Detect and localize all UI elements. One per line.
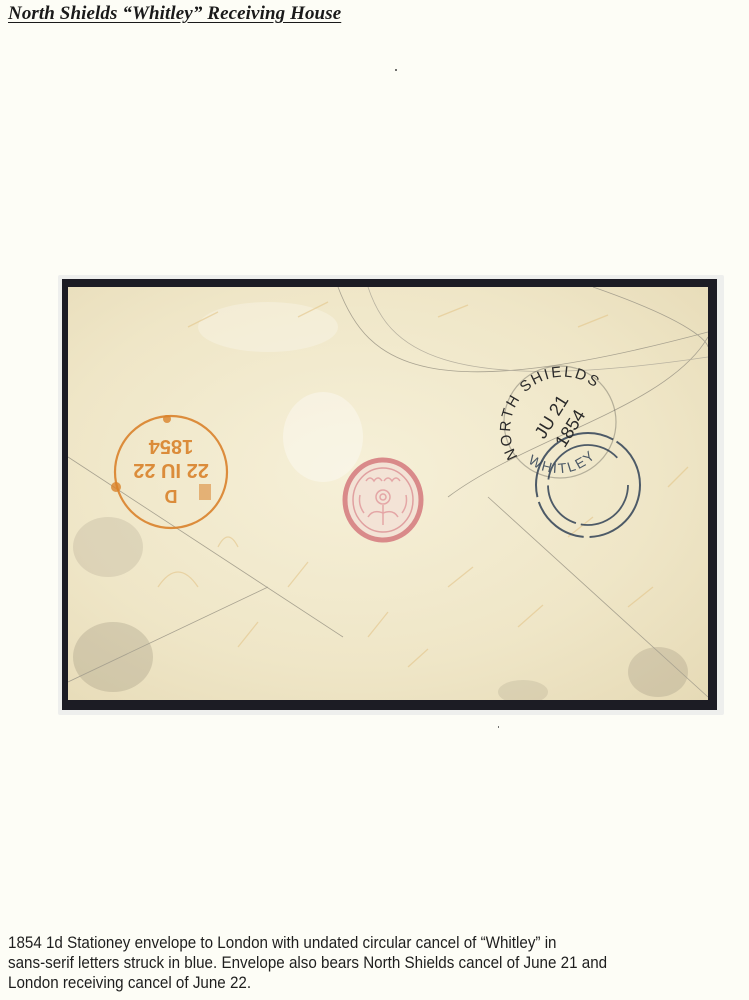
embossed-seal xyxy=(338,455,428,545)
envelope-back: D 22 IU 22 1854 NORTH SHIELDS xyxy=(68,287,708,700)
caption-line: London receiving cancel of June 22. xyxy=(8,973,689,993)
cancel-code: D xyxy=(165,486,178,506)
cancel-year: 1854 xyxy=(148,435,193,457)
page-title: North Shields “Whitley” Receiving House xyxy=(8,3,341,25)
north-shields-cancel: NORTH SHIELDS WHITLEY JU 21 1854 xyxy=(488,352,628,492)
caption-line: sans-serif letters struck in blue. Envel… xyxy=(8,953,689,973)
london-receiving-cancel: D 22 IU 22 1854 xyxy=(103,412,233,532)
cancel-date: 22 IU 22 xyxy=(133,459,209,481)
whitley-text: WHITLEY xyxy=(526,447,599,477)
paper-speck xyxy=(498,726,499,728)
paper-speck xyxy=(395,69,397,71)
svg-text:WHITLEY: WHITLEY xyxy=(526,447,599,477)
caption: 1854 1d Stationey envelope to London wit… xyxy=(8,933,689,993)
caption-line: 1854 1d Stationey envelope to London wit… xyxy=(8,933,689,953)
